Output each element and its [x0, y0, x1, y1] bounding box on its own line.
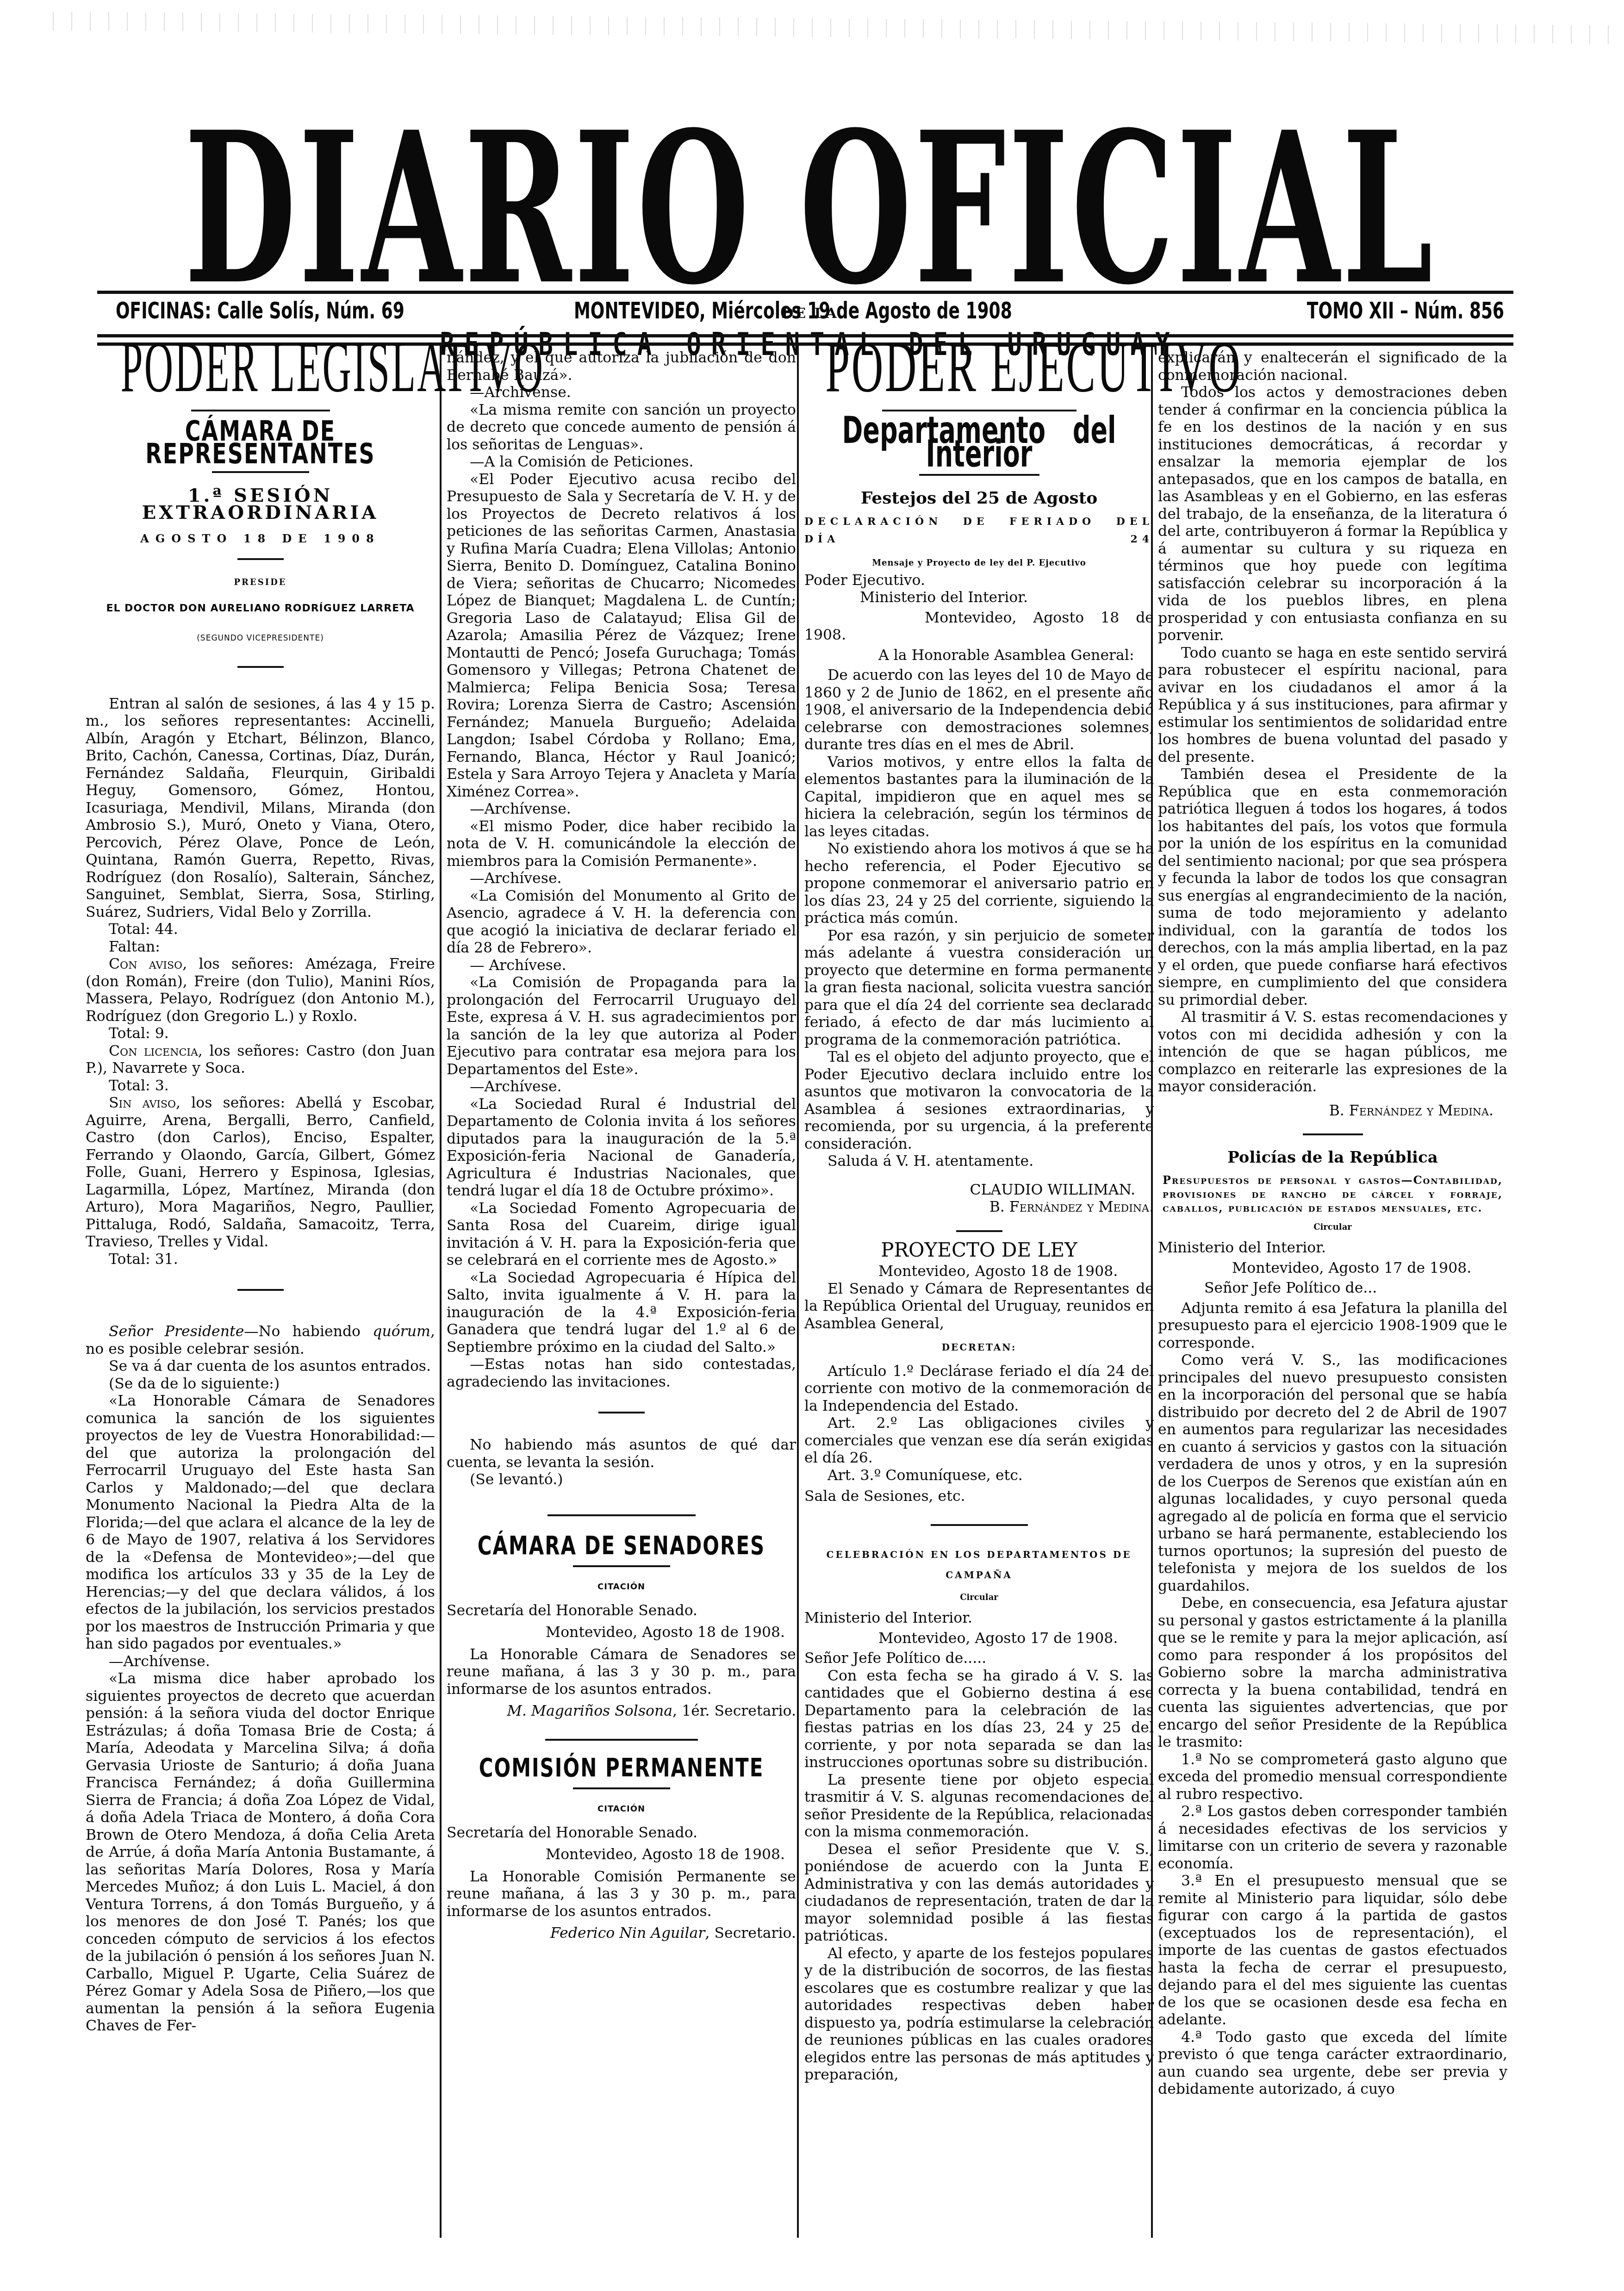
- police-heading: Policías de la República: [1158, 1149, 1507, 1167]
- paragraph: Se va á dar cuenta de los asuntos entrad…: [86, 1358, 435, 1376]
- column-4-ejecutivo-cont: explicarán y enaltecerán el significado …: [1158, 349, 1507, 2098]
- department-heading: Departamento del Interior: [804, 419, 1154, 466]
- citation-label: CITACIÓN: [447, 1800, 796, 1818]
- paragraph: Adjunta remito á esa Jefatura la planill…: [1158, 1300, 1507, 1352]
- paragraph: «La Sociedad Agropecuaria é Hípica del S…: [447, 1270, 796, 1357]
- chamber-heading: CÁMARA DE REPRESENTANTES: [86, 420, 435, 465]
- column-3-ejecutivo: PODER EJECUTIVO Departamento del Interio…: [804, 349, 1154, 2084]
- column-divider-1: [440, 345, 442, 2238]
- article-3: Art. 3.º Comuníquese, etc.: [804, 1467, 1154, 1485]
- paragraph: Al trasmitir á V. S. estas recomendacion…: [1158, 1009, 1507, 1096]
- rule: [956, 1230, 1002, 1232]
- info-bar: OFICINAS: Calle Solís, Núm. 69 MONTEVIDE…: [116, 298, 1504, 332]
- salutation: A la Honorable Asamblea General:: [804, 647, 1154, 665]
- president-role: (SEGUNDO VICEPRESIDENTE): [86, 630, 435, 647]
- paragraph: Como verá V. S., las modificaciones prin…: [1158, 1352, 1507, 1595]
- paragraph: —Archívense.: [447, 384, 796, 402]
- paragraph: —A la Comisión de Peticiones.: [447, 454, 796, 471]
- scan-noise: [46, 12, 1620, 44]
- decree-label: DECRETAN:: [804, 1339, 1154, 1357]
- closing: Sala de Sesiones, etc.: [804, 1488, 1154, 1506]
- celebration-heading: CELEBRACIÓN EN LOS DEPARTAMENTOS DE CAMP…: [804, 1544, 1154, 1585]
- absent-with-notice: Con aviso, los señores: Amézaga, Freire …: [86, 956, 435, 1025]
- rule: [237, 558, 284, 560]
- paragraph: Debe, en consecuencia, esa Jefatura ajus…: [1158, 1595, 1507, 1751]
- rule: [573, 1787, 670, 1789]
- paragraph: (Se levantó.): [447, 1471, 796, 1489]
- total-present: Total: 44.: [86, 921, 435, 939]
- rule-item-3: 3.ª En el presupuesto mensual que se rem…: [1158, 1873, 1507, 2029]
- rule: [598, 1412, 645, 1413]
- paragraph: No habiendo más asuntos de qué dar cuent…: [447, 1437, 796, 1471]
- message-subheading: Mensaje y Proyecto de ley del P. Ejecuti…: [804, 554, 1154, 572]
- dateline: MONTEVIDEO, Miércoles 19 de Agosto de 19…: [574, 298, 1012, 324]
- paragraph: «El Poder Ejecutivo acusa recibo del Pre…: [447, 471, 796, 801]
- secretariat: Secretaría del Honorable Senado.: [447, 1602, 796, 1620]
- signature: Federico Nin Aguilar, Secretario.: [447, 1925, 796, 1942]
- paragraph: La Honorable Cámara de Senadores se reun…: [447, 1646, 796, 1699]
- rule-item-4: 4.ª Todo gasto que exceda del límite pre…: [1158, 2029, 1507, 2098]
- subsection-heading: Festejos del 25 de Agosto: [804, 490, 1154, 507]
- paragraph: «La Comisión del Monumento al Grito de A…: [447, 888, 796, 957]
- date: Montevideo, Agosto 17 de 1908.: [1158, 1260, 1507, 1277]
- rule: [545, 1739, 698, 1741]
- date: Montevideo, Agosto 17 de 1908.: [804, 1630, 1154, 1648]
- paragraph: «El mismo Poder, dice haber recibido la …: [447, 818, 796, 871]
- signature: M. Magariños Solsona, 1ér. Secretario.: [447, 1703, 796, 1720]
- column-divider-2: [797, 345, 799, 2238]
- paragraph: Varios motivos, y entre ellos la falta d…: [804, 754, 1154, 841]
- paragraph: Tal es el objeto del adjunto proyecto, q…: [804, 1049, 1154, 1153]
- issue-number: TOMO XII – Núm. 856: [1307, 298, 1504, 324]
- date: Montevideo, Agosto 18 de 1908.: [511, 1846, 796, 1864]
- paragraph: La Honorable Comisión Permanente se reun…: [447, 1868, 796, 1921]
- masthead-rule-top: [97, 291, 1513, 294]
- secretariat: Secretaría del Honorable Senado.: [447, 1824, 796, 1842]
- section-heading-legislativo: PODER LEGISLATIVO: [121, 355, 400, 380]
- rule: [573, 1565, 670, 1567]
- section-heading-ejecutivo: PODER EJECUTIVO: [825, 355, 1132, 380]
- ministry: Ministerio del Interior.: [804, 589, 1154, 607]
- paragraph: —Archívese.: [447, 1078, 796, 1096]
- column-1-legislativo: PODER LEGISLATIVO CÁMARA DE REPRESENTANT…: [86, 349, 435, 2035]
- rule: [548, 1514, 696, 1516]
- absent-label: Faltan:: [86, 939, 435, 956]
- sender: Poder Ejecutivo.: [804, 572, 1154, 590]
- declaration-heading: DECLARACIÓN DE FERIADO DEL DÍA 24: [804, 513, 1154, 548]
- paragraph: La presente tiene por objeto especial tr…: [804, 1772, 1154, 1841]
- paragraph: «La Sociedad Fomento Agropecuaria de San…: [447, 1200, 796, 1270]
- paragraph: «La misma dice haber aprobado los siguie…: [86, 1670, 435, 2035]
- addressee: Señor Jefe Político de...: [1158, 1280, 1507, 1297]
- date: Montevideo, Agosto 18 de 1908.: [511, 1624, 796, 1642]
- paragraph: Saluda á V. H. atentamente.: [804, 1153, 1154, 1170]
- paragraph: De acuerdo con las leyes del 10 de Mayo …: [804, 667, 1154, 754]
- president-speech: Señor Presidente—No habiendo quórum, no …: [86, 1323, 435, 1358]
- signature-president: CLAUDIO WILLIMAN.: [804, 1182, 1154, 1199]
- paragraph: —Archívese.: [447, 870, 796, 888]
- absent-with-leave: Con licencia, los señores: Castro (don J…: [86, 1043, 435, 1077]
- rule: [931, 1524, 1028, 1526]
- paragraph: —Archívense.: [86, 1653, 435, 1671]
- paragraph: «La Comisión de Propaganda para la prolo…: [447, 974, 796, 1078]
- offices-address: OFICINAS: Calle Solís, Núm. 69: [116, 298, 404, 324]
- rule-item-2: 2.ª Los gastos deben corresponder tambié…: [1158, 1803, 1507, 1873]
- attendance-list: Entran al salón de sesiones, á las 4 y 1…: [86, 696, 435, 921]
- preside-label: PRESIDE: [86, 574, 435, 591]
- paragraph: El Senado y Cámara de Representantes de …: [804, 1281, 1154, 1333]
- signature-minister: B. Fernández y Medina.: [1158, 1102, 1507, 1120]
- total-without-notice: Total: 31.: [86, 1251, 435, 1269]
- paragraph: Con esta fecha se ha girado á V. S. las …: [804, 1668, 1154, 1772]
- president-name: EL DOCTOR DON AURELIANO RODRÍGUEZ LARRET…: [86, 600, 435, 617]
- session-date: AGOSTO 18 DE 1908: [86, 530, 435, 548]
- paragraph: —Archívense.: [447, 801, 796, 818]
- date: Montevideo, Agosto 18 de 1908.: [804, 610, 1154, 644]
- ministry: Ministerio del Interior.: [1158, 1239, 1507, 1257]
- paragraph: nández, y el que autoriza la jubilación …: [447, 349, 796, 384]
- paragraph: Por esa razón, y sin perjuicio de somete…: [804, 928, 1154, 1049]
- signature-minister: B. Fernández y Medina.: [804, 1199, 1154, 1216]
- paragraph: También desea el Presidente de la Repúbl…: [1158, 766, 1507, 1009]
- paragraph: (Se da de lo siguiente:): [86, 1376, 435, 1393]
- paragraph: Todo cuanto se haga en este sentido serv…: [1158, 645, 1507, 766]
- bill-heading: PROYECTO DE LEY: [804, 1241, 1154, 1259]
- paragraph: Desea el señor Presidente que V. S., pon…: [804, 1841, 1154, 1945]
- column-2-legislativo-cont: nández, y el que autoriza la jubilación …: [447, 349, 796, 1942]
- circular-label: Circular: [1158, 1219, 1507, 1236]
- date: Montevideo, Agosto 18 de 1908.: [804, 1263, 1154, 1281]
- absent-without-notice: Sin aviso, los señores: Abellá y Escobar…: [86, 1095, 435, 1251]
- paragraph: Al efecto, y aparte de los festejos popu…: [804, 1945, 1154, 2084]
- addressee: Señor Jefe Político de.....: [804, 1650, 1154, 1668]
- budget-subheading: Presupuestos de personal y gastos—Contab…: [1158, 1173, 1507, 1215]
- total-with-notice: Total: 9.: [86, 1025, 435, 1043]
- paragraph: No existiendo ahora los motivos á que se…: [804, 840, 1154, 928]
- paragraph: «La Sociedad Rural é Industrial del Depa…: [447, 1096, 796, 1200]
- article-1: Artículo 1.º Declárase feriado el día 24…: [804, 1363, 1154, 1415]
- paragraph: «La misma remite con sanción un proyecto…: [447, 402, 796, 454]
- citation-label: CITACIÓN: [447, 1578, 796, 1596]
- senate-heading: CÁMARA DE SENADORES: [447, 1534, 796, 1557]
- rule: [237, 1289, 284, 1291]
- paragraph: «La Honorable Cámara de Senadores comuni…: [86, 1393, 435, 1653]
- paragraph: —Estas notas han sido contestadas, agrad…: [447, 1356, 796, 1391]
- permanent-commission-heading: COMISIÓN PERMANENTE: [447, 1756, 796, 1779]
- article-2: Art. 2.º Las obligaciones civiles y come…: [804, 1415, 1154, 1467]
- session-title: 1.ª SESIÓN EXTRAORDINARIA: [86, 487, 435, 522]
- ministry: Ministerio del Interior.: [804, 1610, 1154, 1627]
- circular-label: Circular: [804, 1589, 1154, 1606]
- paragraph: explicarán y enaltecerán el significado …: [1158, 349, 1507, 384]
- paragraph: Todos los actos y demostraciones deben t…: [1158, 384, 1507, 645]
- rule: [1303, 1133, 1363, 1135]
- rule-item-1: 1.ª No se comprometerá gasto alguno que …: [1158, 1751, 1507, 1804]
- rule: [237, 666, 284, 668]
- rule: [212, 471, 309, 473]
- total-with-leave: Total: 3.: [86, 1077, 435, 1095]
- paragraph: — Archívese.: [447, 957, 796, 975]
- rule: [191, 410, 330, 411]
